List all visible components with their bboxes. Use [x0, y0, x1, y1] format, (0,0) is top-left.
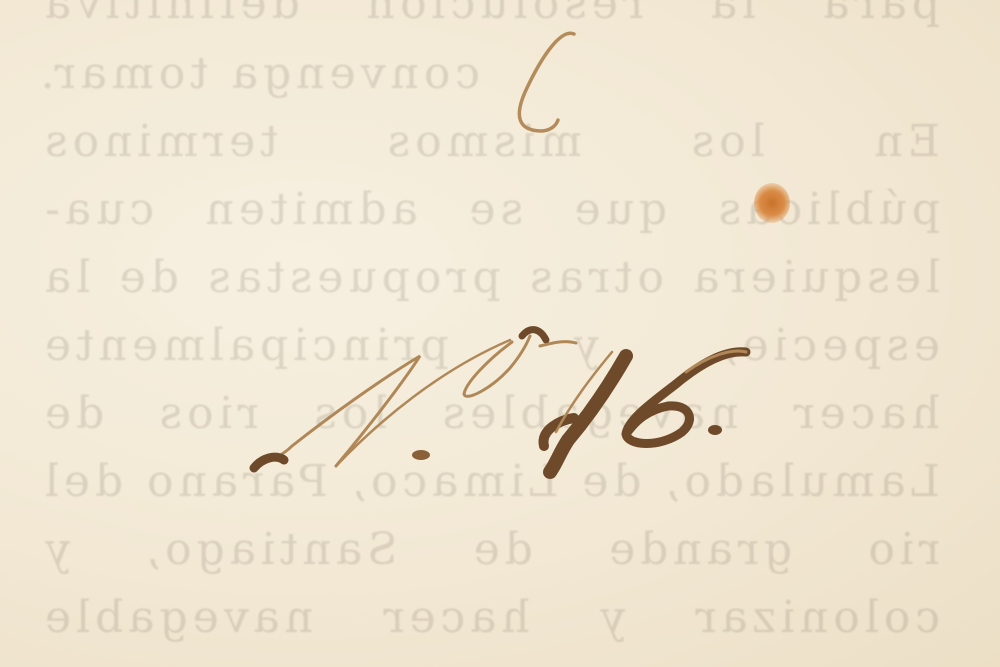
handwritten-annotation: [0, 0, 1000, 667]
paper-page: para la resolucion definitiva convenga t…: [0, 0, 1000, 667]
